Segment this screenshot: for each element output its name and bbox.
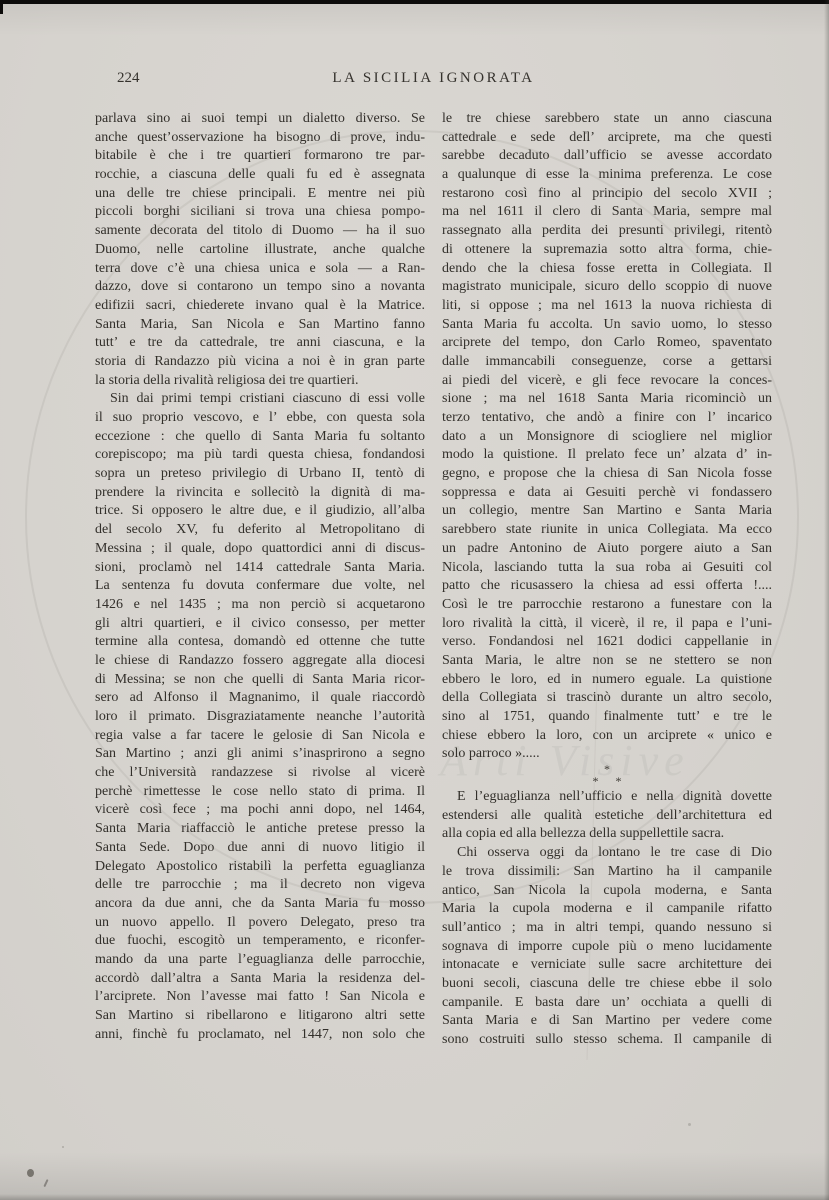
text-line: sognava di imporre cupole più o meno luc… <box>442 938 772 957</box>
text-line: che l’Università randazzese si rivolse a… <box>95 764 425 783</box>
scan-edge-right <box>824 0 829 1200</box>
text-line: dalle immancabili conseguenze, corse a g… <box>442 353 772 372</box>
text-line: a qualunque di esse la minima preferenza… <box>442 166 772 185</box>
text-line: estendersi alle qualità estetiche dell’a… <box>442 807 772 826</box>
text-line: ma nel 1611 il clero di Santa Maria, sem… <box>442 203 772 222</box>
text-line: Santa Maria, le altre non se ne stettero… <box>442 652 772 671</box>
text-line: E l’eguaglianza nell’ufficio e nella dig… <box>442 788 772 807</box>
text-line: Santa Sede. Dopo due anni di nuovo litig… <box>95 839 425 858</box>
text-line: San Martino ; anzi gli animi s’inaspriro… <box>95 745 425 764</box>
text-line: bitabile è che i tre quartieri formarono… <box>95 147 425 166</box>
text-line: accordò dall’altra a Santa Maria la resi… <box>95 970 425 989</box>
text-line: mando da una parte l’eguaglianza delle p… <box>95 951 425 970</box>
text-line: la storia della rivalità religiosa dei t… <box>95 372 425 391</box>
text-line: edifizii sacri, chiederete invano qual è… <box>95 297 425 316</box>
text-line: sione ; ma nel 1618 Santa Maria ricominc… <box>442 390 772 409</box>
text-line: gli altri quartieri, e il civico consess… <box>95 615 425 634</box>
text-line: arciprete del tempo, don Carlo Romeo, sp… <box>442 334 772 353</box>
text-line: patto che ricusassero la chiesa ad essi … <box>442 577 772 596</box>
text-line: sino al 1751, quando finalmente tutt’ e … <box>442 708 772 727</box>
text-line: termine alla contesa, domandò ed ottenne… <box>95 633 425 652</box>
text-line: rocchie, a ciascuna delle quali fu ed è … <box>95 166 425 185</box>
text-line: La sentenza fu dovuta confermare due vol… <box>95 577 425 596</box>
text-line: soppressa e data ai Gesuiti perchè vi fo… <box>442 484 772 503</box>
text-line: Messina ; il quale, dopo quattordici ann… <box>95 540 425 559</box>
text-line: terzo tentativo, che andò a finire con l… <box>442 409 772 428</box>
text-line: restarono così fino al principio del sec… <box>442 185 772 204</box>
text-line: samente decorata del titolo di Duomo — h… <box>95 222 425 241</box>
asterisk-pair-icon: * * <box>442 775 772 787</box>
text-line: gegno, e propose che la chiesa di San Ni… <box>442 465 772 484</box>
text-line: rassegnato alla perdita dei presunti pri… <box>442 222 772 241</box>
text-line: ebbero le loro, ed in numero eguale. La … <box>442 671 772 690</box>
ink-speck <box>27 1169 34 1177</box>
right-column-bottom: E l’eguaglianza nell’ufficio e nella dig… <box>442 788 772 1050</box>
text-line: di ottenere la supremazia sotto altra fo… <box>442 241 772 260</box>
running-title: LA SICILIA IGNORATA <box>95 70 772 87</box>
text-line: buoni secoli, ciascuna delle tre chiese … <box>442 975 772 994</box>
text-line: Duomo, nelle cartoline illustrate, anche… <box>95 241 425 260</box>
text-line: un nuovo appello. Il povero Delegato, pr… <box>95 914 425 933</box>
text-line: terra dove c’è una chiesa unica e sola —… <box>95 260 425 279</box>
text-line: vicerè così fece ; ma pochi anni dopo, n… <box>95 801 425 820</box>
text-line: Così le tre parrocchie restarono a funes… <box>442 596 772 615</box>
text-line: sarebbe decaduto dall’ufficio se avesse … <box>442 147 772 166</box>
text-line: l’arciprete. Non l’avesse mai fatto ! Sa… <box>95 988 425 1007</box>
text-line: Santa Maria fu accolta. Un savio uomo, l… <box>442 316 772 335</box>
ink-speck <box>62 1146 64 1148</box>
text-line: intonacate e verniciate sulle sacre arch… <box>442 956 772 975</box>
page-header: 224 LA SICILIA IGNORATA <box>95 70 772 92</box>
text-line: modo la quistione. Il prelato fece un’ a… <box>442 446 772 465</box>
text-line: Santa Maria riaffacciò le antiche pretes… <box>95 820 425 839</box>
text-line: parlava sino ai suoi tempi un dialetto d… <box>95 110 425 129</box>
text-line: una delle tre chiese principali. E mentr… <box>95 185 425 204</box>
text-line: chiese ebbero la loro, con un arciprete … <box>442 727 772 746</box>
text-line: verso. Fondandosi nel 1621 dodici cappel… <box>442 633 772 652</box>
text-line: il suo proprio vescovo, e l’ ebbe, con q… <box>95 409 425 428</box>
text-line: anche quest’osservazione ha bisogno di p… <box>95 129 425 148</box>
text-line: sarebbero state riunite in unica Collegi… <box>442 521 772 540</box>
section-divider: * * * <box>442 764 772 788</box>
text-line: un padre Antonino de Aiuto porgere aiuto… <box>442 540 772 559</box>
text-line: delle tre parrocchie ; ma il decreto non… <box>95 876 425 895</box>
text-columns: parlava sino ai suoi tempi un dialetto d… <box>95 110 772 1050</box>
text-line: corepiscopo; ma più tardi questa chiesa,… <box>95 446 425 465</box>
text-line: sioni, proclamò nel 1414 cattedrale Sant… <box>95 559 425 578</box>
text-line: ai piedi del vicerè, e gli fece revocare… <box>442 372 772 391</box>
text-line: dato a un Monsignore di sciogliere nel m… <box>442 428 772 447</box>
text-line: loro il primato. Disgraziatamente neanch… <box>95 708 425 727</box>
text-line: le tre chiese sarebbero state un anno ci… <box>442 110 772 129</box>
text-line: Nicola, lasciando tutta la sua roba ai G… <box>442 559 772 578</box>
text-line: sopra un preteso privilegio di Urbano II… <box>95 465 425 484</box>
scan-edge-top <box>0 0 829 4</box>
text-line: cattedrale e sede dell’ arciprete, ma ch… <box>442 129 772 148</box>
text-line: magistrato municipale, sicuro dello scop… <box>442 278 772 297</box>
text-line: trice. Si opposero le altre due, e il gi… <box>95 502 425 521</box>
text-line: storia di Randazzo più vicina a noi è in… <box>95 353 425 372</box>
text-line: San Martino si ribellarono e litigarono … <box>95 1007 425 1026</box>
text-line: regia valse a far tacere le gelosie di S… <box>95 727 425 746</box>
text-line: le trova dissimili: San Martino ha il ca… <box>442 863 772 882</box>
text-line: del secolo XV, fu deferito al Metropolit… <box>95 521 425 540</box>
text-line: le chiese di Randazzo fossero aggregate … <box>95 652 425 671</box>
ink-speck <box>688 1123 691 1126</box>
text-line: sono costruiti sullo stesso schema. Il c… <box>442 1031 772 1050</box>
right-column-top: le tre chiese sarebbero state un anno ci… <box>442 110 772 764</box>
text-line: 1426 e nel 1435 ; ma non perciò si acque… <box>95 596 425 615</box>
text-line: ancora da due anni, che da Santa Maria f… <box>95 895 425 914</box>
text-line: di Messina; se non che quelli di Santa M… <box>95 671 425 690</box>
text-line: un collegio, mentre San Martino e Santa … <box>442 502 772 521</box>
text-line: sero ad Alfonso il Magnanimo, il quale r… <box>95 689 425 708</box>
text-line: della Collegiata si trascinò durante un … <box>442 689 772 708</box>
text-line: dendo che la chiesa fosse eretta in Coll… <box>442 260 772 279</box>
text-line: Chi osserva oggi da lontano le tre case … <box>442 844 772 863</box>
text-line: eccezione : che quello di Santa Maria fu… <box>95 428 425 447</box>
text-line: Maria la cupola moderna e il campanile r… <box>442 900 772 919</box>
right-column: le tre chiese sarebbero state un anno ci… <box>442 110 772 1050</box>
text-line: liti, si oppose ; ma nel 1613 la nuova r… <box>442 297 772 316</box>
ink-speck <box>43 1179 48 1187</box>
text-line: Sin dai primi tempi cristiani ciascuno d… <box>95 390 425 409</box>
scan-edge-corner <box>0 0 3 14</box>
left-column: parlava sino ai suoi tempi un dialetto d… <box>95 110 425 1050</box>
text-line: tutt’ e tre da cattedrale, tre anni cias… <box>95 334 425 353</box>
text-line: prendere la rivincita e sollecitò la dig… <box>95 484 425 503</box>
text-line: sull’antico ; ma in altri tempi, quando … <box>442 919 772 938</box>
text-line: dazzo, dove si contarono un tempo sino a… <box>95 278 425 297</box>
text-line: perchè rimettesse le cose nello stato di… <box>95 783 425 802</box>
ink-speck <box>584 131 587 134</box>
text-line: piccoli borghi siciliani si trova una ch… <box>95 203 425 222</box>
text-line: antico, San Nicola la cupola moderna, e … <box>442 882 772 901</box>
text-line: anni, finchè fu proclamato, nel 1447, no… <box>95 1026 425 1045</box>
text-line: alla copia ed alla bellezza della suppel… <box>442 825 772 844</box>
text-line: due fuochi, escogitò un temperamento, e … <box>95 932 425 951</box>
text-line: Santa Maria e di San Martino per vedere … <box>442 1012 772 1031</box>
scanned-book-page: { "page": { "number": "224", "running_ti… <box>0 0 829 1200</box>
text-line: Delegato Apostolico ristabilì la perfett… <box>95 858 425 877</box>
text-line: Santa Maria, San Nicola e San Martino fa… <box>95 316 425 335</box>
text-line: loro rivalità la città, il vicerè, il re… <box>442 615 772 634</box>
scan-edge-bottom <box>0 1194 829 1200</box>
text-line: campanile. E basta dare un’ occhiata a q… <box>442 994 772 1013</box>
